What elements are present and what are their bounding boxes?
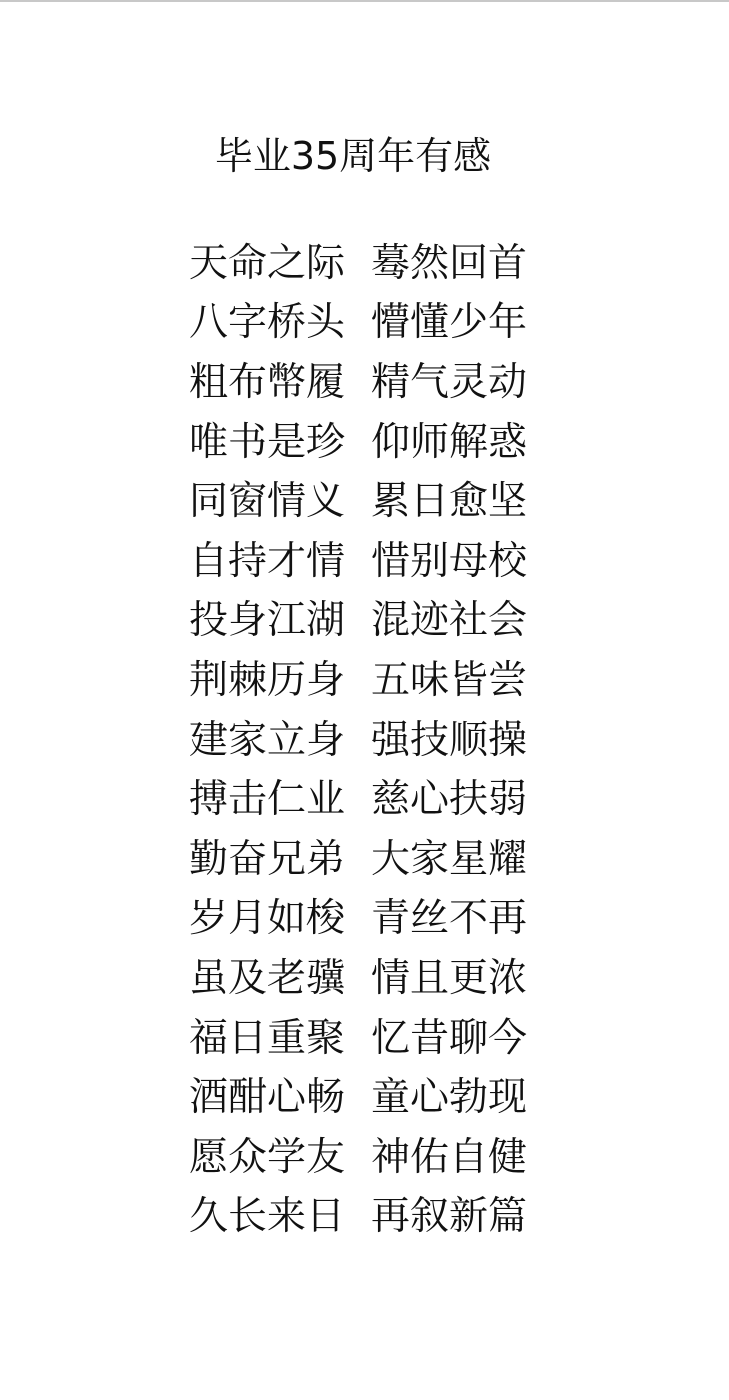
verse-line: 天命之际 蓦然回首 — [189, 234, 549, 294]
verse-first-half: 搏击仁业 — [189, 778, 349, 822]
verse-second-half: 仰师解惑 — [371, 421, 531, 465]
verse-first-half: 虽及老骥 — [189, 957, 349, 1001]
verse-line: 同窗情义 累日愈坚 — [189, 472, 549, 532]
verse-first-half: 粗布幣履 — [189, 361, 349, 405]
verse-line: 勤奋兄弟 大家星耀 — [189, 830, 549, 890]
verse-second-half: 童心勃现 — [371, 1076, 531, 1120]
verse-line: 八字桥头 懵懂少年 — [189, 294, 549, 354]
verse-line: 自持才情 惜别母校 — [189, 532, 549, 592]
verse-line: 愿众学友 神佑自健 — [189, 1128, 549, 1188]
verse-line: 久长来日 再叙新篇 — [189, 1188, 549, 1248]
verse-first-half: 建家立身 — [189, 719, 349, 763]
verse-first-half: 岁月如梭 — [189, 897, 349, 941]
verse-second-half: 惜别母校 — [371, 540, 531, 584]
verse-second-half: 神佑自健 — [371, 1136, 531, 1180]
verse-second-half: 懵懂少年 — [371, 301, 531, 345]
verse-second-half: 青丝不再 — [371, 897, 531, 941]
verse-first-half: 投身江湖 — [189, 599, 349, 643]
verse-first-half: 愿众学友 — [189, 1136, 349, 1180]
verse-line: 岁月如梭 青丝不再 — [189, 890, 549, 950]
verse-line: 投身江湖 混迹社会 — [189, 592, 549, 652]
verse-second-half: 混迹社会 — [371, 599, 531, 643]
top-border-line — [0, 0, 729, 2]
verse-line: 福日重聚 忆昔聊今 — [189, 1009, 549, 1069]
verse-second-half: 大家星耀 — [371, 838, 531, 882]
verse-second-half: 情且更浓 — [371, 957, 531, 1001]
verse-first-half: 八字桥头 — [189, 301, 349, 345]
verse-second-half: 累日愈坚 — [371, 480, 531, 524]
poem-title: 毕业35周年有感 — [0, 132, 706, 180]
verse-first-half: 福日重聚 — [189, 1017, 349, 1061]
verse-line: 建家立身 强技顺操 — [189, 711, 549, 771]
verse-second-half: 五味皆尝 — [371, 659, 531, 703]
verse-first-half: 久长来日 — [189, 1195, 349, 1239]
verse-line: 酒酣心畅 童心勃现 — [189, 1068, 549, 1128]
verse-first-half: 荆棘历身 — [189, 659, 349, 703]
verse-line: 粗布幣履 精气灵动 — [189, 353, 549, 413]
verse-second-half: 再叙新篇 — [371, 1195, 531, 1239]
verse-first-half: 天命之际 — [189, 242, 349, 286]
verse-line: 搏击仁业 慈心扶弱 — [189, 770, 549, 830]
poem-body: 天命之际 蓦然回首 八字桥头 懵懂少年 粗布幣履 精气灵动 唯书是珍 仰师解惑 … — [189, 234, 549, 1247]
verse-first-half: 唯书是珍 — [189, 421, 349, 465]
verse-second-half: 慈心扶弱 — [371, 778, 531, 822]
verse-first-half: 勤奋兄弟 — [189, 838, 349, 882]
verse-second-half: 忆昔聊今 — [371, 1017, 531, 1061]
verse-second-half: 精气灵动 — [371, 361, 531, 405]
verse-second-half: 蓦然回首 — [371, 242, 531, 286]
verse-first-half: 同窗情义 — [189, 480, 349, 524]
verse-second-half: 强技顺操 — [371, 719, 531, 763]
verse-line: 荆棘历身 五味皆尝 — [189, 651, 549, 711]
verse-first-half: 酒酣心畅 — [189, 1076, 349, 1120]
verse-line: 唯书是珍 仰师解惑 — [189, 413, 549, 473]
verse-first-half: 自持才情 — [189, 540, 349, 584]
verse-line: 虽及老骥 情且更浓 — [189, 949, 549, 1009]
